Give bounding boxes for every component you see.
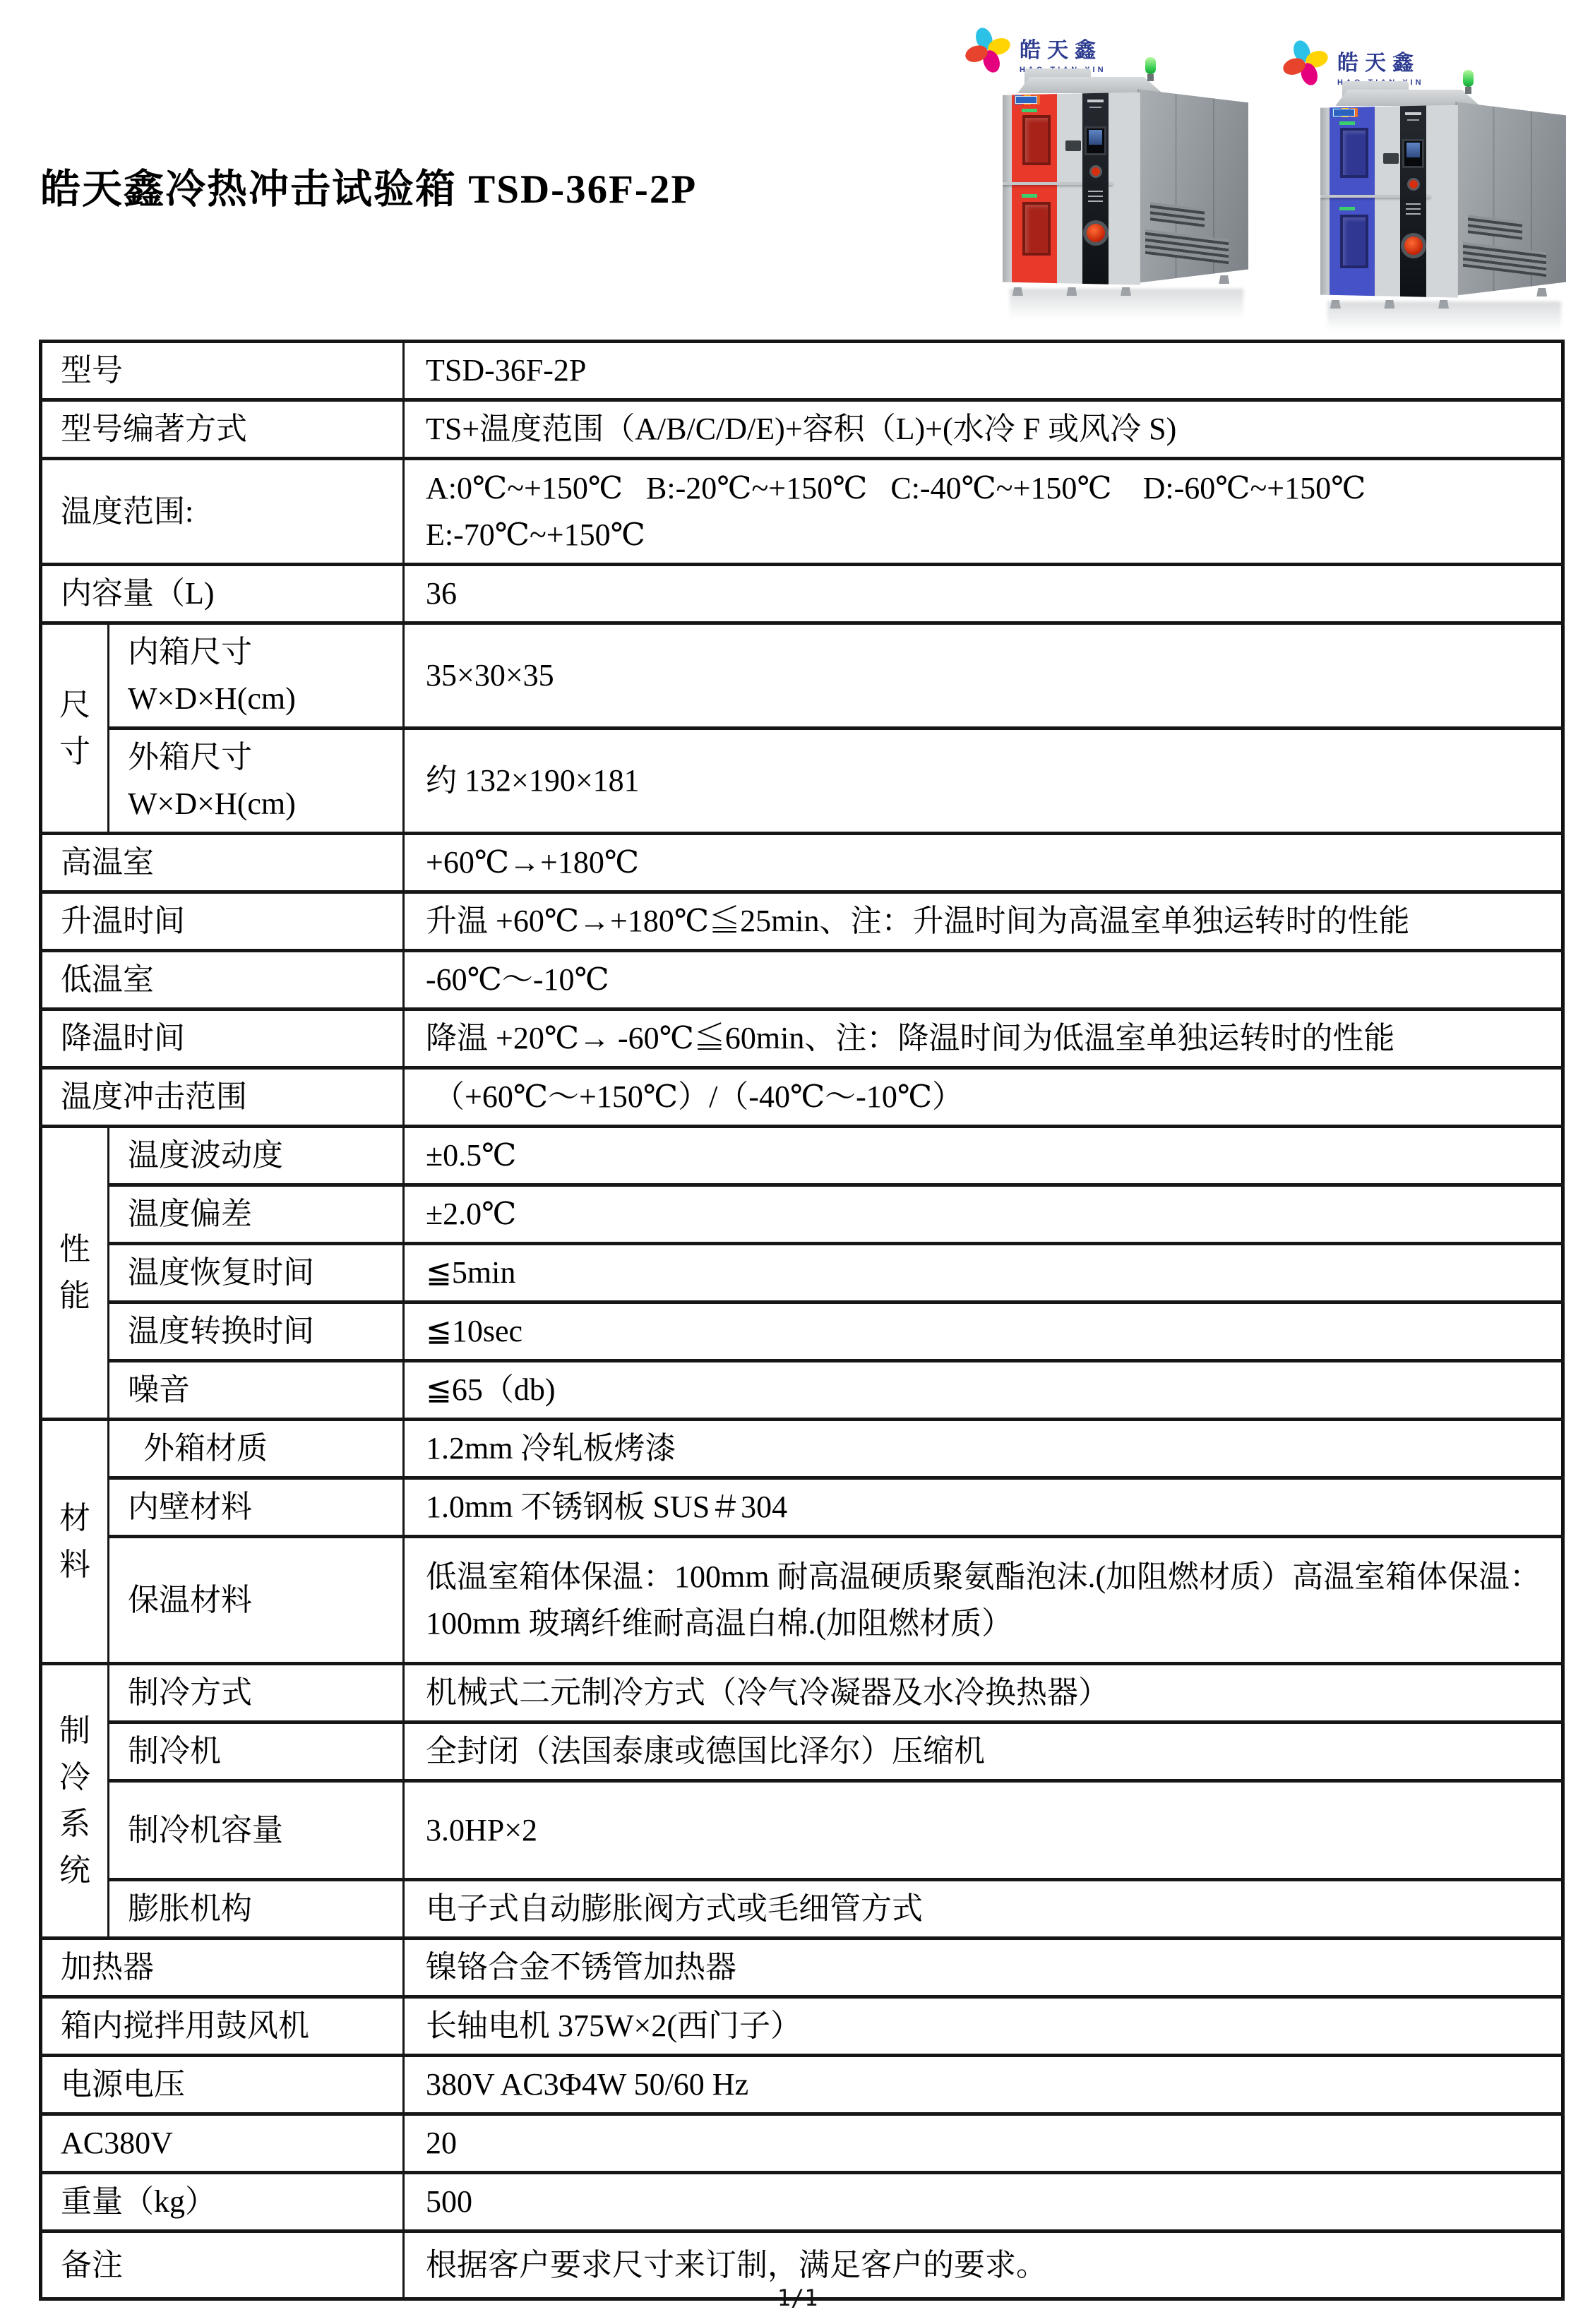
spec-value: ≦5min: [404, 1244, 1563, 1302]
spec-table: 型号 TSD-36F-2P 型号编著方式 TS+温度范围（A/B/C/D/E)+…: [39, 340, 1565, 2301]
spec-value: -60℃～-10℃: [404, 951, 1563, 1010]
spec-label: 内壁材料: [109, 1478, 404, 1537]
machine-door: [1330, 105, 1375, 298]
brand-name: 皓天鑫: [1337, 45, 1424, 76]
spec-value: 升温 +60℃→+180℃≦25min、注：升温时间为高温室单独运转时的性能: [404, 892, 1563, 951]
spec-row: 低温室 -60℃～-10℃: [41, 951, 1563, 1010]
power-button-icon: [1089, 165, 1102, 178]
spec-row: 温度恢复时间 ≦5min: [41, 1244, 1563, 1302]
brand-logo: 皓天鑫 HAO TIAN XIN: [963, 25, 1106, 75]
spec-label: 型号: [41, 342, 404, 400]
spec-row: 膨胀机构 电子式自动膨胀阀方式或毛细管方式: [41, 1880, 1563, 1939]
machine-front-panel: [1320, 105, 1458, 298]
emergency-stop-button: [1083, 220, 1109, 246]
spec-label: AC380V: [41, 2114, 404, 2173]
brand-logo: 皓天鑫 HAO TIAN XIN: [1281, 38, 1424, 88]
spec-row: 尺寸 内箱尺寸 W×D×H(cm) 35×30×35: [41, 623, 1563, 729]
machine-photo-red: [1003, 82, 1248, 288]
spec-value: 35×30×35: [404, 623, 1563, 729]
spec-value: A:0℃~+150℃ B:-20℃~+150℃ C:-40℃~+150℃ D:-…: [404, 459, 1563, 565]
logo-flower-icon: [1281, 38, 1330, 88]
spec-row: 箱内搅拌用鼓风机 长轴电机 375W×2(西门子）: [41, 1997, 1563, 2056]
spec-row: 材料 外箱材质 1.2mm 冷轧板烤漆: [41, 1420, 1563, 1478]
spec-row: 型号 TSD-36F-2P: [41, 342, 1563, 400]
spec-row: 性能 温度波动度 ±0.5℃: [41, 1127, 1563, 1185]
spec-row: 加热器 镍铬合金不锈管加热器: [41, 1939, 1563, 1997]
spec-label: 电源电压: [41, 2056, 404, 2114]
spec-value: 全封闭（法国泰康或德国比泽尔）压缩机: [404, 1723, 1563, 1781]
spec-label: 保温材料: [109, 1537, 404, 1664]
spec-value: 20: [404, 2114, 1563, 2173]
spec-label: 内容量（L): [41, 565, 404, 623]
spec-label: 温度波动度: [109, 1127, 404, 1185]
spec-label: 膨胀机构: [109, 1880, 404, 1939]
door-handle: [1383, 153, 1399, 164]
machine-door: [1012, 92, 1057, 285]
door-window: [1340, 215, 1368, 268]
spec-label: 降温时间: [41, 1010, 404, 1068]
spec-value: 1.0mm 不锈钢板 SUS＃304: [404, 1478, 1563, 1537]
spec-label: 外箱材质: [109, 1420, 404, 1478]
spec-label: 温度偏差: [109, 1185, 404, 1244]
spec-row: 内容量（L) 36: [41, 565, 1563, 623]
spec-value: 500: [404, 2173, 1563, 2232]
spec-row: 制冷机 全封闭（法国泰康或德国比泽尔）压缩机: [41, 1723, 1563, 1781]
emergency-stop-button: [1401, 233, 1426, 258]
product-figure-blue: 皓天鑫 HAO TIAN XIN: [1277, 32, 1587, 336]
spec-value: （+60℃～+150℃）/（-40℃～-10℃）: [404, 1068, 1563, 1127]
spec-value: 约 132×190×181: [404, 729, 1563, 834]
door-window: [1340, 128, 1368, 178]
door-label: [1022, 109, 1037, 112]
spec-label: 升温时间: [41, 892, 404, 951]
spec-row: 制冷机容量 3.0HP×2: [41, 1781, 1563, 1880]
spec-value: 36: [404, 565, 1563, 623]
signal-lamp-icon: [1145, 57, 1156, 81]
spec-value: 低温室箱体保温：100mm 耐高温硬质聚氨酯泡沫.(加阻燃材质）高温室箱体保温：…: [404, 1537, 1563, 1664]
control-column: [1400, 105, 1426, 298]
spec-label: 温度冲击范围: [41, 1068, 404, 1127]
spec-label: 噪音: [109, 1361, 404, 1420]
spec-value: 长轴电机 375W×2(西门子）: [404, 1997, 1563, 2056]
signal-lamp-icon: [1463, 70, 1474, 94]
brand-name: 皓天鑫: [1020, 32, 1106, 64]
spec-label: 制冷机容量: [109, 1781, 404, 1880]
spec-value: +60℃→+180℃: [404, 834, 1563, 892]
machine-front-panel: [1003, 92, 1140, 285]
door-label: [1339, 207, 1355, 210]
spec-label: 型号编著方式: [41, 400, 404, 459]
spec-label: 加热器: [41, 1939, 404, 1997]
spec-row: 高温室 +60℃→+180℃: [41, 834, 1563, 892]
page-title: 皓天鑫冷热冲击试验箱 TSD-36F-2P: [40, 157, 697, 215]
spec-row: 温度偏差 ±2.0℃: [41, 1185, 1563, 1244]
spec-label: 低温室: [41, 951, 404, 1010]
controller-screen: [1085, 126, 1106, 155]
machine-photo-blue: [1320, 95, 1566, 301]
brand-sticker: [1015, 96, 1037, 104]
spec-value: ≦65（db): [404, 1361, 1563, 1420]
spec-sheet-page: { "page": { "title": "皓天鑫冷热冲击试验箱 TSD-36F…: [0, 0, 1595, 2324]
door-handle: [1065, 140, 1081, 151]
spec-value: ±2.0℃: [404, 1185, 1563, 1244]
spec-row: 噪音 ≦65（db): [41, 1361, 1563, 1420]
spec-row: 型号编著方式 TS+温度范围（A/B/C/D/E)+容积（L)+(水冷 F 或风…: [41, 400, 1563, 459]
spec-group-label: 材料: [41, 1420, 109, 1664]
spec-row: 外箱尺寸 W×D×H(cm) 约 132×190×181: [41, 729, 1563, 834]
spec-group-label: 性能: [41, 1127, 109, 1420]
spec-label: 制冷机: [109, 1723, 404, 1781]
spec-value: 镍铬合金不锈管加热器: [404, 1939, 1563, 1997]
spec-label: 重量（kg）: [41, 2173, 404, 2232]
control-column: [1082, 92, 1109, 285]
spec-row: 温度冲击范围 （+60℃～+150℃）/（-40℃～-10℃）: [41, 1068, 1563, 1127]
spec-value: 电子式自动膨胀阀方式或毛细管方式: [404, 1880, 1563, 1939]
spec-row: 制冷系统 制冷方式 机械式二元制冷方式（冷气冷凝器及水冷换热器）: [41, 1664, 1563, 1723]
spec-value: 380V AC3Φ4W 50/60 Hz: [404, 2056, 1563, 2114]
product-figure-red: 皓天鑫 HAO TIAN XIN: [959, 20, 1270, 323]
spec-value: TSD-36F-2P: [404, 342, 1563, 400]
spec-group-label: 制冷系统: [41, 1664, 109, 1939]
spec-label: 制冷方式: [109, 1664, 404, 1723]
spec-label: 温度范围:: [41, 459, 404, 565]
spec-value: 降温 +20℃→ -60℃≦60min、注：降温时间为低温室单独运转时的性能: [404, 1010, 1563, 1068]
spec-row: 电源电压 380V AC3Φ4W 50/60 Hz: [41, 2056, 1563, 2114]
controller-screen: [1402, 139, 1424, 168]
spec-label: 箱内搅拌用鼓风机: [41, 1997, 404, 2056]
door-label: [1339, 121, 1355, 125]
spec-group-label: 尺寸: [41, 623, 109, 834]
spec-value: TS+温度范围（A/B/C/D/E)+容积（L)+(水冷 F 或风冷 S): [404, 400, 1563, 459]
spec-row: 温度范围: A:0℃~+150℃ B:-20℃~+150℃ C:-40℃~+15…: [41, 459, 1563, 565]
spec-row: 保温材料 低温室箱体保温：100mm 耐高温硬质聚氨酯泡沫.(加阻燃材质）高温室…: [41, 1537, 1563, 1664]
door-window: [1022, 202, 1051, 256]
logo-flower-icon: [963, 25, 1012, 75]
spec-value: ≦10sec: [404, 1302, 1563, 1361]
spec-label: 内箱尺寸 W×D×H(cm): [109, 623, 404, 729]
brand-sticker: [1333, 109, 1355, 116]
spec-label: 温度恢复时间: [109, 1244, 404, 1302]
spec-row: AC380V 20: [41, 2114, 1563, 2173]
power-button-icon: [1407, 178, 1420, 191]
door-label: [1022, 194, 1037, 198]
door-window: [1022, 115, 1051, 165]
spec-row: 升温时间 升温 +60℃→+180℃≦25min、注：升温时间为高温室单独运转时…: [41, 892, 1563, 951]
spec-row: 重量（kg） 500: [41, 2173, 1563, 2232]
spec-label: 温度转换时间: [109, 1302, 404, 1361]
spec-value: 3.0HP×2: [404, 1781, 1563, 1880]
spec-row: 内壁材料 1.0mm 不锈钢板 SUS＃304: [41, 1478, 1563, 1537]
spec-value: 机械式二元制冷方式（冷气冷凝器及水冷换热器）: [404, 1664, 1563, 1723]
spec-label: 高温室: [41, 834, 404, 892]
spec-value: 1.2mm 冷轧板烤漆: [404, 1420, 1563, 1478]
spec-row: 温度转换时间 ≦10sec: [41, 1302, 1563, 1361]
spec-label: 外箱尺寸 W×D×H(cm): [109, 729, 404, 834]
page-number: 1/1: [0, 2284, 1595, 2311]
spec-value: ±0.5℃: [404, 1127, 1563, 1185]
spec-row: 降温时间 降温 +20℃→ -60℃≦60min、注：降温时间为低温室单独运转时…: [41, 1010, 1563, 1068]
